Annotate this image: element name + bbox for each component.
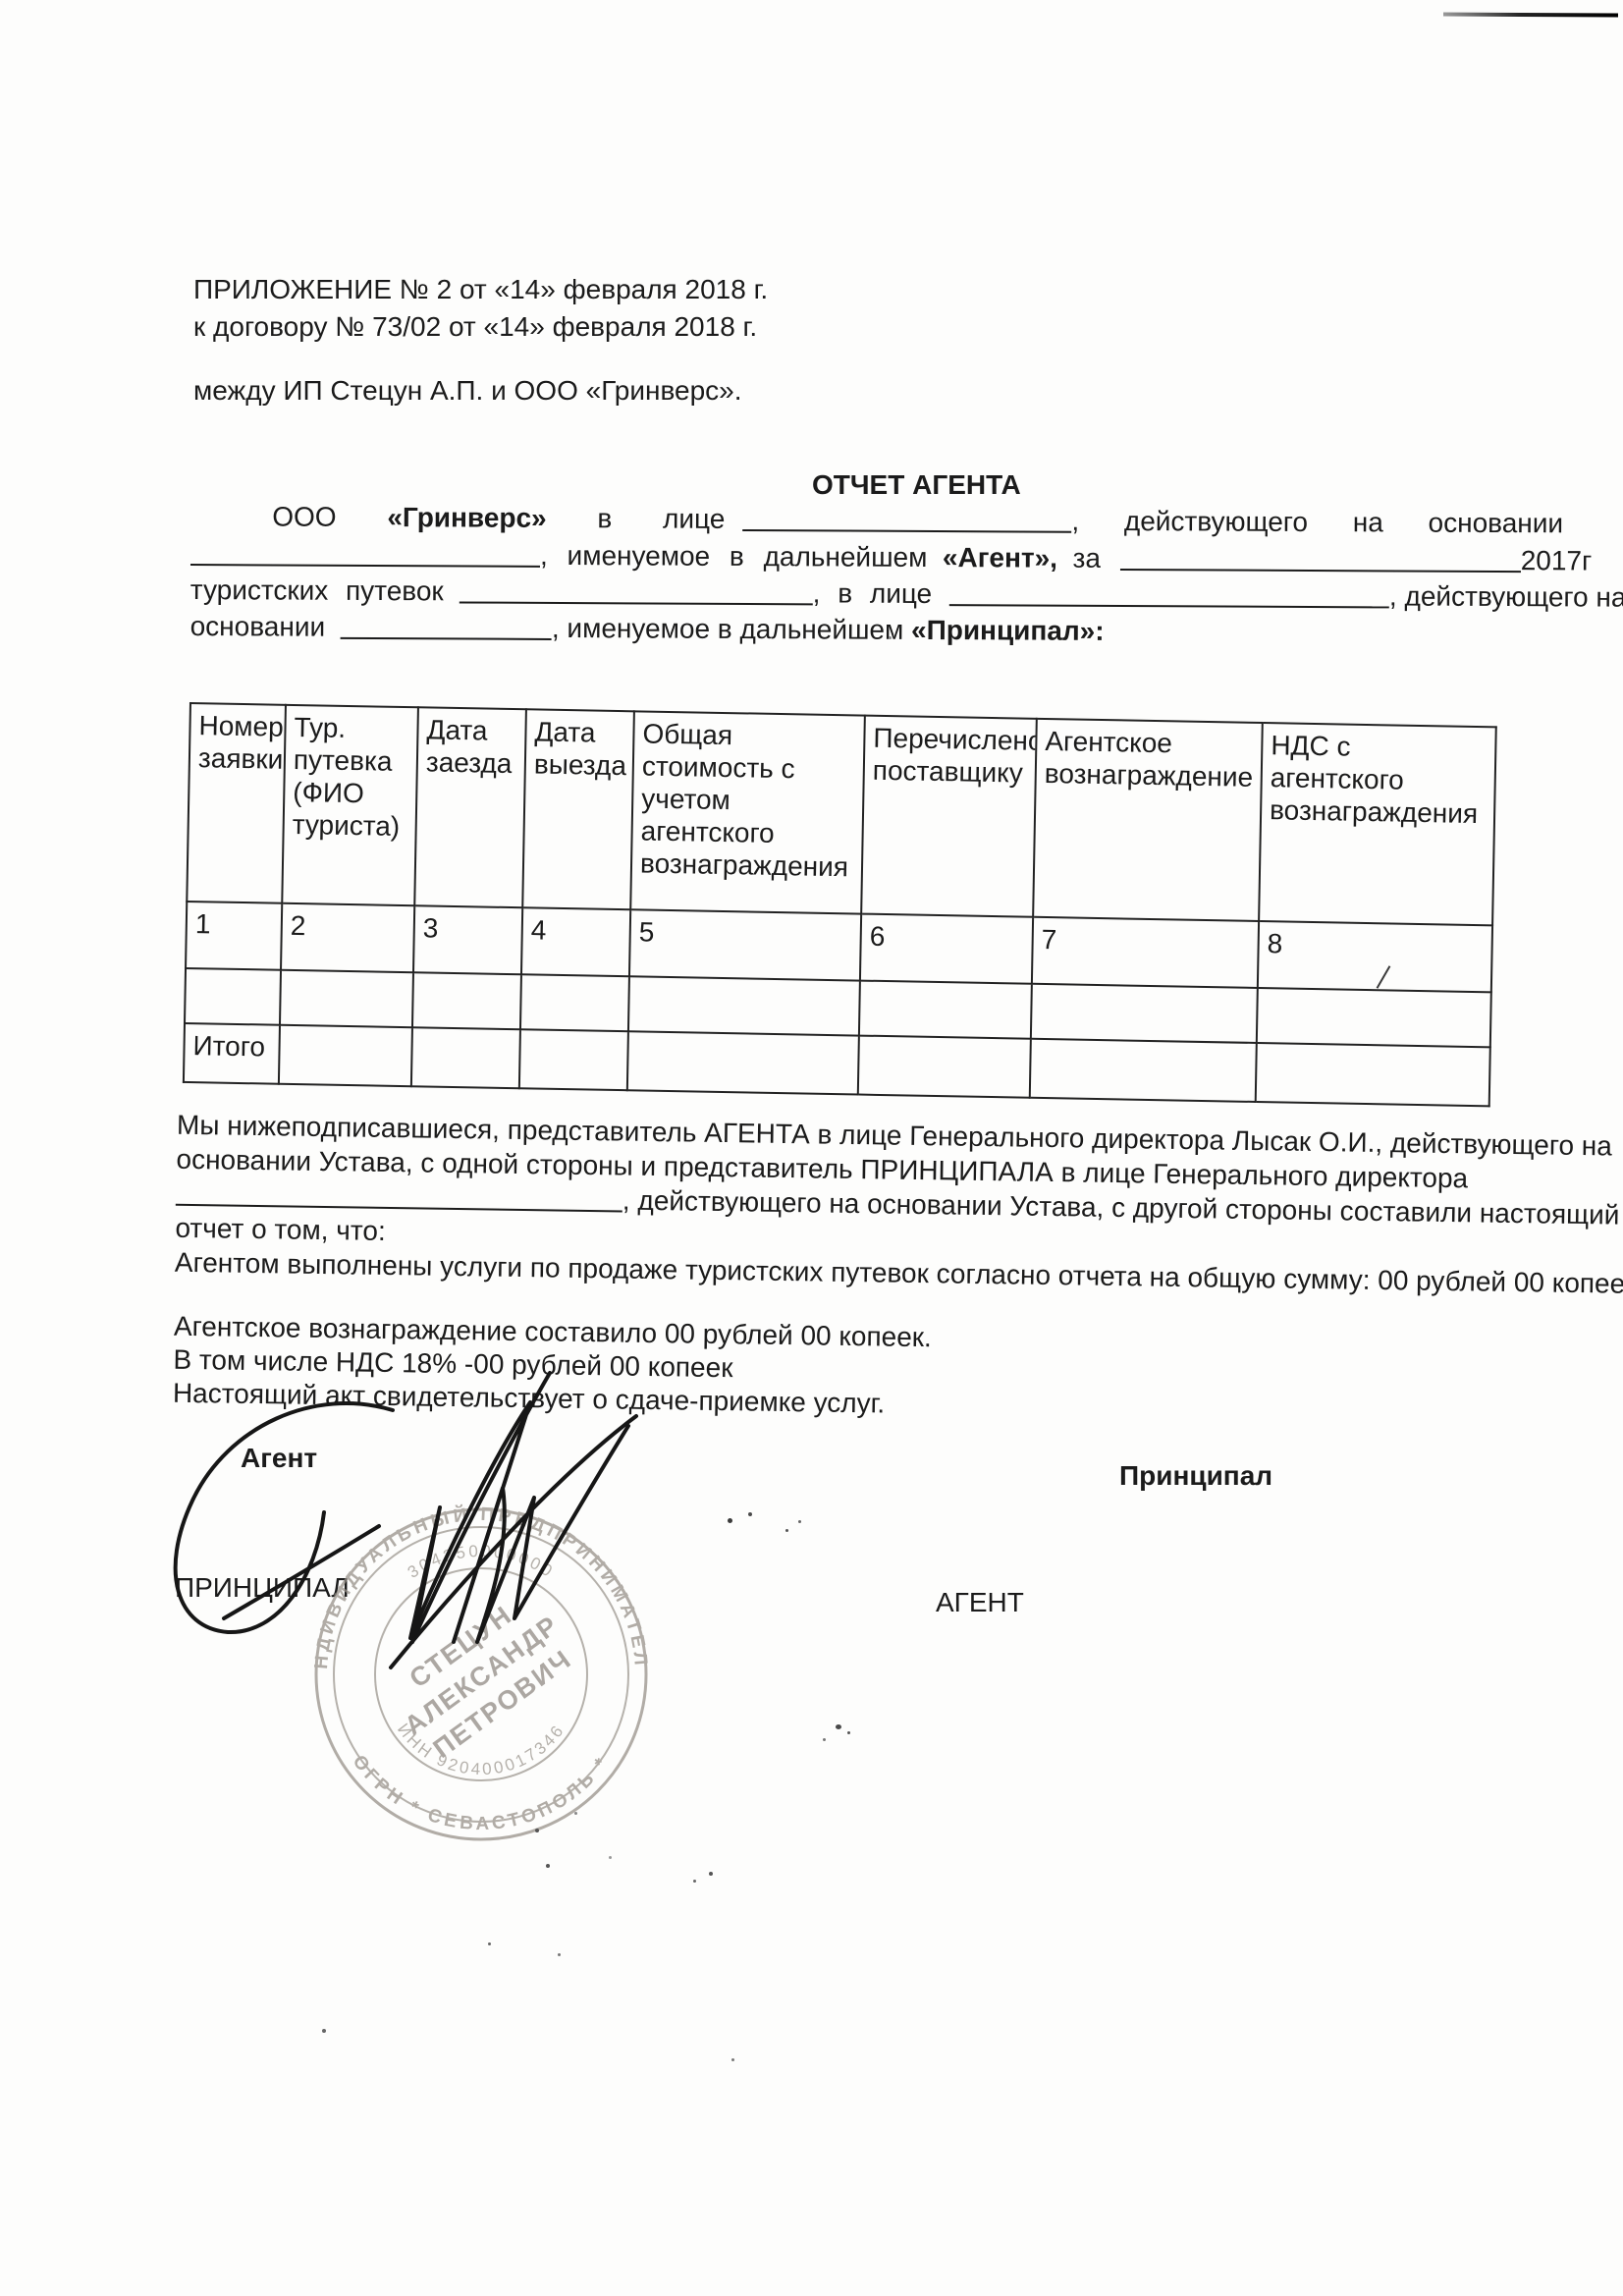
stamp-ogrn-number-arc: 304250000000 bbox=[405, 1542, 559, 1582]
stamp-center-name: СТЕЦУН АЛЕКСАНДР ПЕТРОВИЧ bbox=[378, 1581, 584, 1770]
stamp-outer-circle bbox=[316, 1509, 646, 1839]
ink-speck bbox=[889, 636, 892, 639]
ink-speck bbox=[823, 1738, 826, 1741]
ink-speck bbox=[546, 1864, 550, 1868]
ink-speck bbox=[609, 1856, 612, 1859]
ink-speck bbox=[836, 1724, 841, 1729]
ink-speck bbox=[847, 1731, 850, 1734]
stamp-center-line3: ПЕТРОВИЧ bbox=[428, 1644, 577, 1764]
stamp-inn-arc: ИНН 920400017346 bbox=[394, 1720, 568, 1778]
statement-line-4: отчет о том, что: bbox=[175, 1212, 386, 1248]
ink-speck bbox=[535, 1829, 539, 1832]
ink-speck bbox=[798, 1520, 801, 1523]
stamp-center-line1: СТЕЦУН bbox=[405, 1600, 518, 1694]
ink-speck bbox=[693, 1880, 696, 1883]
ink-speck bbox=[322, 2029, 326, 2033]
agent-caps-label: АГЕНТ bbox=[936, 1586, 1024, 1619]
ink-speck bbox=[748, 1512, 752, 1516]
ink-speck bbox=[728, 1518, 732, 1523]
agent-signature-label: Агент bbox=[241, 1442, 317, 1475]
statement-paragraph: Мы нижеподписавшиеся, представитель АГЕН… bbox=[0, 0, 1623, 1497]
scanned-agent-report-page: { "header": { "line1": "ПРИЛОЖЕНИЕ № 2 о… bbox=[0, 0, 1623, 2296]
ink-speck bbox=[709, 1872, 713, 1876]
stamp-inner-circle bbox=[375, 1568, 587, 1780]
statement-l3-text: , действующего на основании Устава, с др… bbox=[622, 1185, 1620, 1230]
ink-speck bbox=[488, 1942, 491, 1945]
ink-speck bbox=[785, 1529, 788, 1532]
stamp-center-line2: АЛЕКСАНДР bbox=[400, 1610, 565, 1741]
principal-caps-label: ПРИНЦИПАЛ bbox=[175, 1571, 350, 1605]
stamp-middle-circle bbox=[334, 1527, 628, 1822]
fill-in-blank-line bbox=[176, 1180, 622, 1213]
principal-signature-label: Принципал bbox=[1119, 1459, 1272, 1493]
stamp-ring-bottom-text: ОГРН * СЕВАСТОПОЛЬ * bbox=[349, 1752, 615, 1835]
services-sum-line: Агентом выполнены услуги по продаже тури… bbox=[175, 1246, 1623, 1301]
ink-speck bbox=[731, 2058, 734, 2061]
ink-speck bbox=[558, 1953, 561, 1956]
ink-speck bbox=[574, 1812, 577, 1815]
acceptance-line: Настоящий акт свидетельствует о сдаче-пр… bbox=[173, 1377, 886, 1421]
